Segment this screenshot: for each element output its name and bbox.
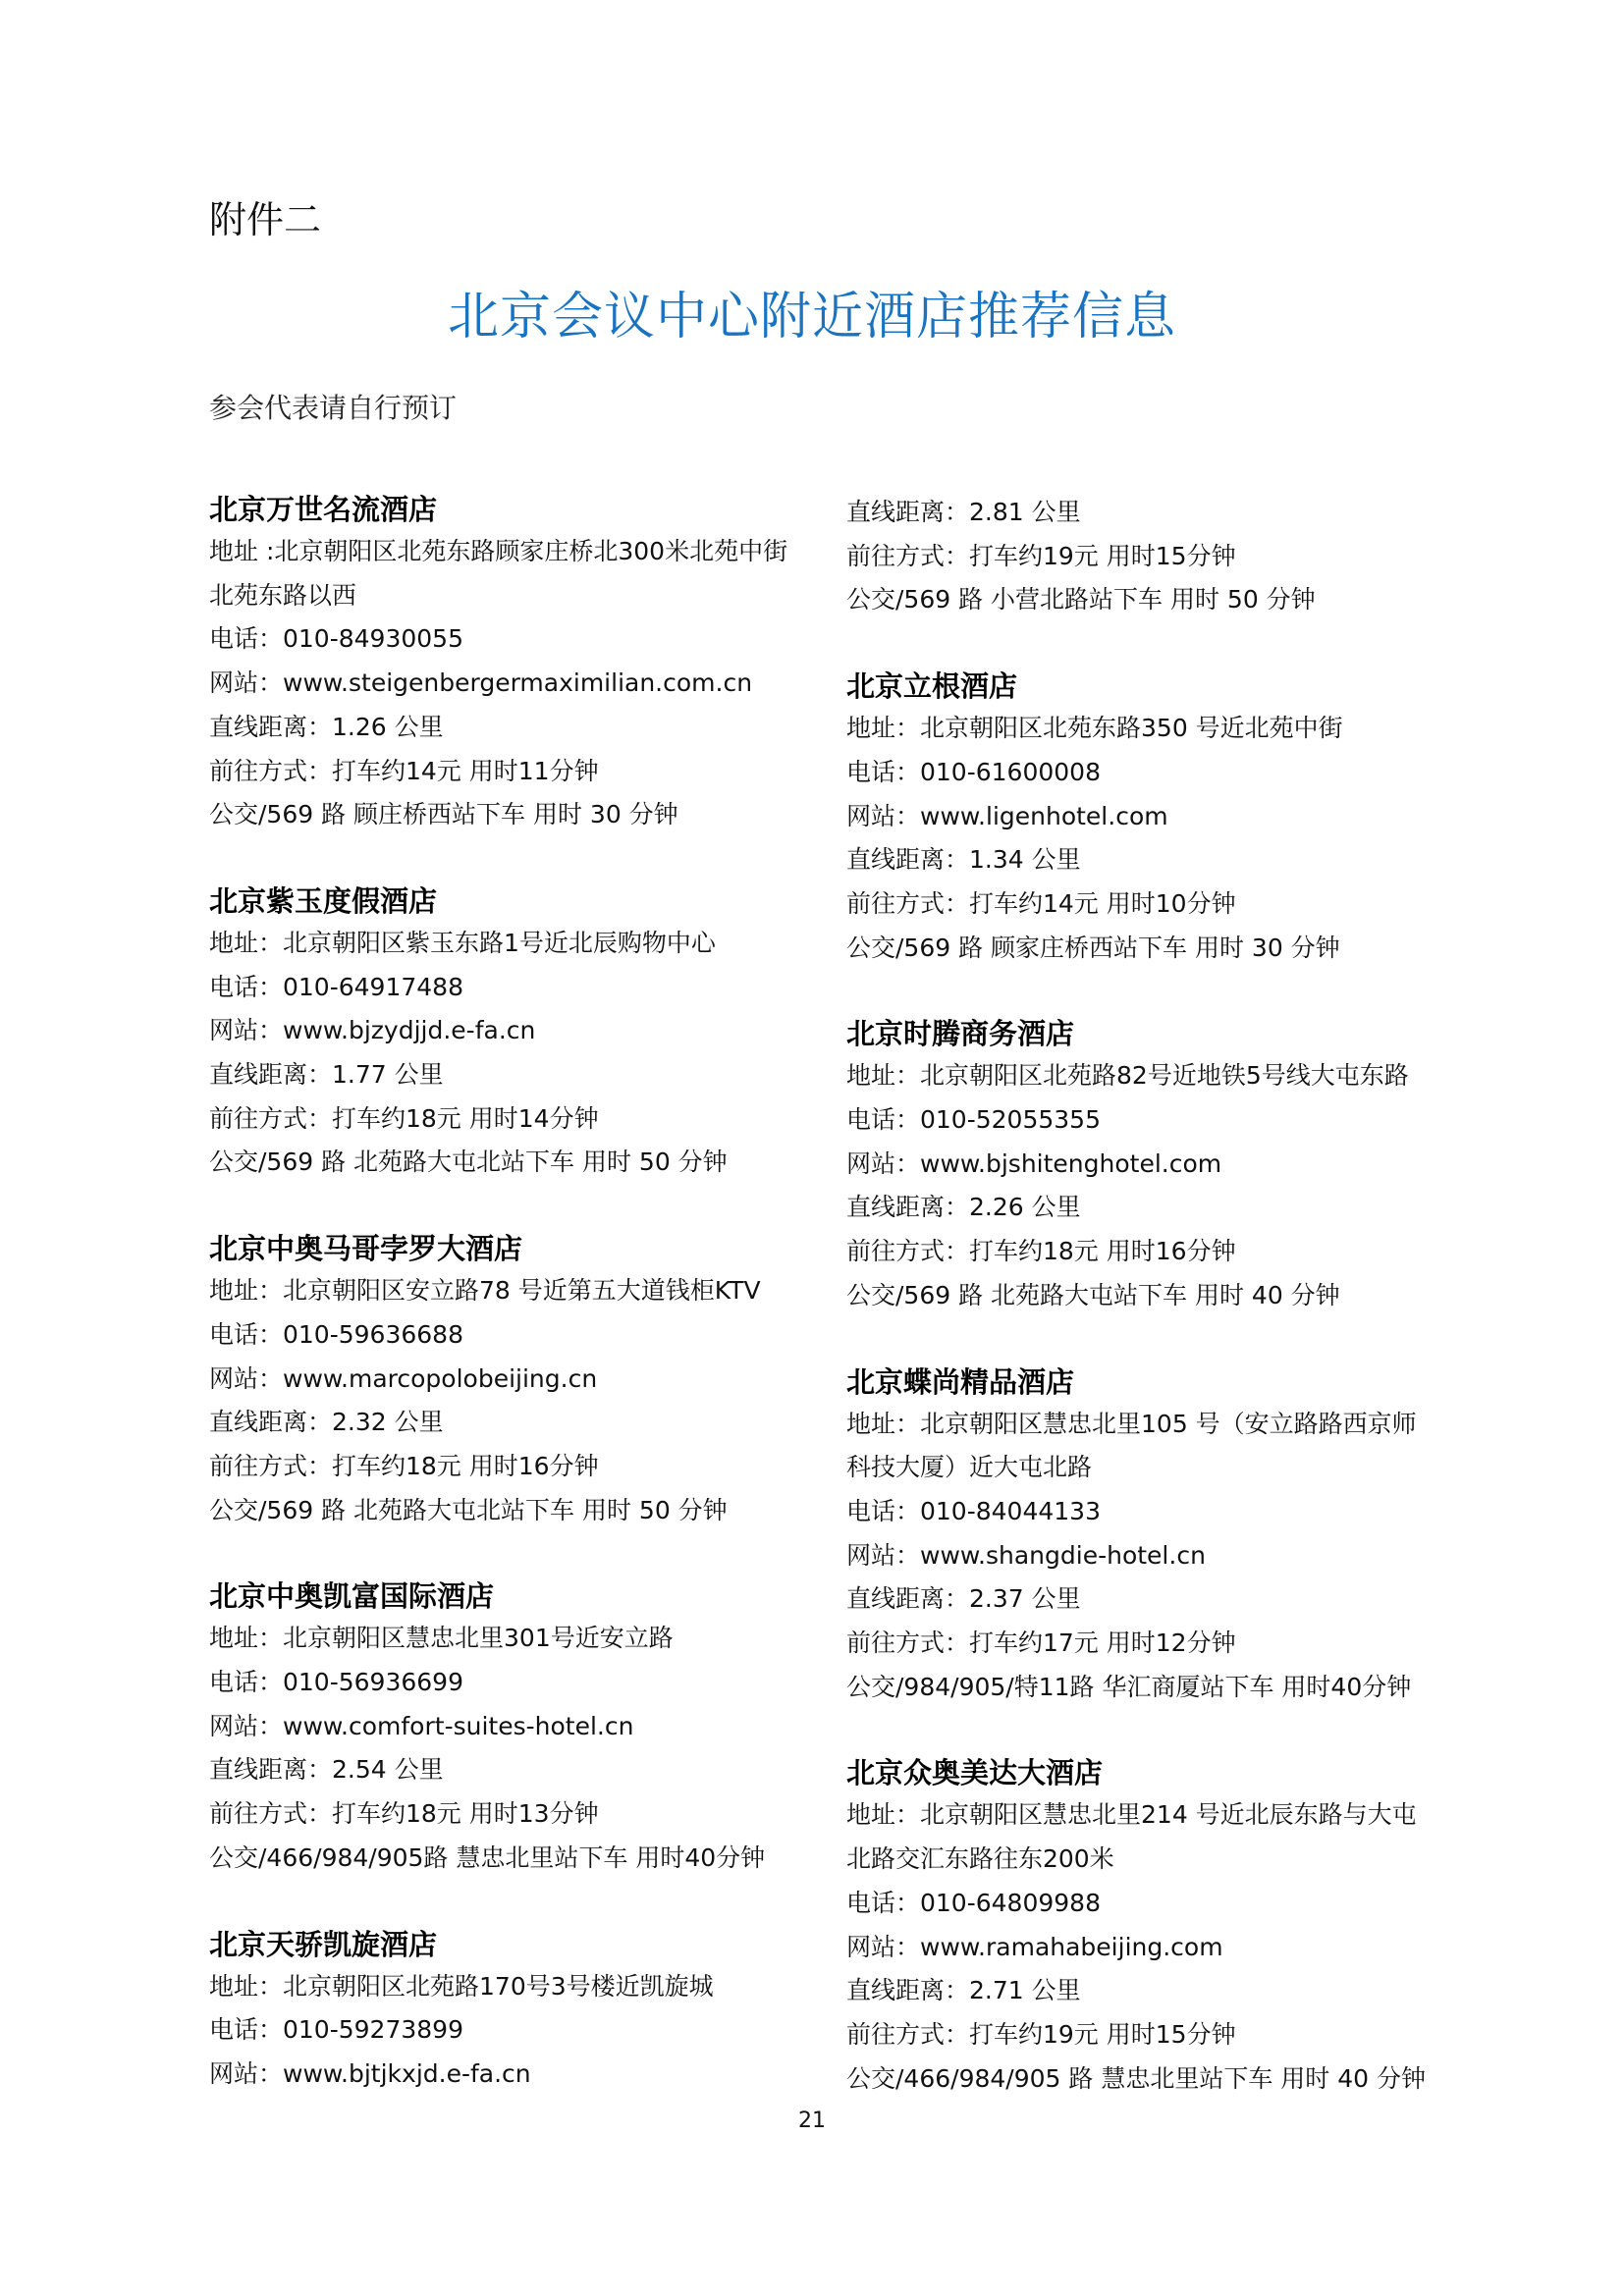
hotel-entry: 北京蝶尚精品酒店地址：北京朝阳区慧忠北里105 号（安立路路西京师科技大厦）近大… (846, 1362, 1455, 1710)
hotel-name: 北京中奥马哥孛罗大酒店 (209, 1228, 818, 1269)
hotel-info-line: 电话：010-64809988 (846, 1882, 1455, 1926)
hotel-info-line: 前往方式：打车约18元 用时16分钟 (209, 1445, 818, 1489)
hotel-entry: 北京万世名流酒店地址 :北京朝阳区北苑东路顾家庄桥北300米北苑中街北苑东路以西… (209, 489, 818, 837)
hotel-info-line: 网站：www.ligenhotel.com (846, 795, 1455, 839)
hotel-info-line: 公交/984/905/特11路 华汇商厦站下车 用时40分钟 (846, 1666, 1455, 1710)
hotel-info-line: 直线距离：2.37 公里 (846, 1577, 1455, 1622)
hotel-info-line: 电话：010-52055355 (846, 1098, 1455, 1143)
hotel-entry: 北京紫玉度假酒店地址：北京朝阳区紫玉东路1号近北辰购物中心电话：010-6491… (209, 881, 818, 1185)
hotel-info-line: 电话：010-84044133 (846, 1490, 1455, 1534)
hotel-info-line: 网站：www.bjzydjjd.e-fa.cn (209, 1009, 818, 1053)
hotel-info-line: 公交/569 路 小营北路站下车 用时 50 分钟 (846, 578, 1455, 622)
right-column: 直线距离：2.81 公里前往方式：打车约19元 用时15分钟公交/569 路 小… (846, 491, 1455, 2144)
hotel-info-line: 公交/466/984/905 路 慧忠北里站下车 用时 40 分钟 (846, 2057, 1455, 2102)
hotel-info-line: 直线距离：2.71 公里 (846, 1969, 1455, 2013)
hotel-info-line: 电话：010-59636688 (209, 1313, 818, 1358)
hotel-info-line: 公交/466/984/905路 慧忠北里站下车 用时40分钟 (209, 1837, 818, 1881)
hotel-name: 北京时腾商务酒店 (846, 1013, 1455, 1054)
hotel-name: 北京紫玉度假酒店 (209, 881, 818, 922)
hotel-info-line: 前往方式：打车约17元 用时12分钟 (846, 1622, 1455, 1666)
hotel-name: 北京中奥凯富国际酒店 (209, 1575, 818, 1617)
hotel-info-line: 网站：www.ramahabeijing.com (846, 1926, 1455, 1970)
hotel-entry: 北京众奥美达大酒店地址：北京朝阳区慧忠北里214 号近北辰东路与大屯北路交汇东路… (846, 1752, 1455, 2101)
hotel-info-line: 北苑东路以西 (209, 574, 818, 618)
hotel-info-line: 电话：010-61600008 (846, 751, 1455, 795)
hotel-info-line: 前往方式：打车约18元 用时14分钟 (209, 1097, 818, 1142)
hotel-info-line: 地址：北京朝阳区慧忠北里214 号近北辰东路与大屯 (846, 1793, 1455, 1838)
hotel-info-line: 电话：010-84930055 (209, 617, 818, 662)
hotel-info-line: 直线距离：1.26 公里 (209, 706, 818, 750)
hotel-info-line: 前往方式：打车约18元 用时13分钟 (209, 1792, 818, 1837)
hotel-name: 北京蝶尚精品酒店 (846, 1362, 1455, 1403)
hotel-info-line: 公交/569 路 顾庄桥西站下车 用时 30 分钟 (209, 793, 818, 837)
hotel-entry: 北京中奥马哥孛罗大酒店地址：北京朝阳区安立路78 号近第五大道钱柜KTV电话：0… (209, 1228, 818, 1532)
hotel-info-line: 前往方式：打车约14元 用时10分钟 (846, 882, 1455, 927)
hotel-info-line: 地址：北京朝阳区紫玉东路1号近北辰购物中心 (209, 922, 818, 966)
hotel-info-line: 前往方式：打车约18元 用时16分钟 (846, 1230, 1455, 1274)
hotel-info-line: 直线距离：2.81 公里 (846, 491, 1455, 535)
hotel-info-line: 公交/569 路 北苑路大屯站下车 用时 40 分钟 (846, 1274, 1455, 1318)
hotel-entry: 北京时腾商务酒店地址：北京朝阳区北苑路82号近地铁5号线大屯东路电话：010-5… (846, 1013, 1455, 1317)
page-title: 北京会议中心附近酒店推荐信息 (0, 285, 1624, 349)
hotel-info-line: 直线距离：1.34 公里 (846, 838, 1455, 882)
hotel-entry: 直线距离：2.81 公里前往方式：打车约19元 用时15分钟公交/569 路 小… (846, 491, 1455, 622)
hotel-info-line: 公交/569 路 北苑路大屯北站下车 用时 50 分钟 (209, 1489, 818, 1533)
hotel-info-line: 直线距离：2.54 公里 (209, 1748, 818, 1792)
hotel-name: 北京万世名流酒店 (209, 489, 818, 530)
hotel-info-line: 直线距离：2.26 公里 (846, 1186, 1455, 1230)
hotel-info-line: 网站：www.shangdie-hotel.cn (846, 1534, 1455, 1578)
hotel-info-line: 网站：www.bjshitenghotel.com (846, 1143, 1455, 1187)
hotel-info-line: 科技大厦）近大屯北路 (846, 1446, 1455, 1490)
hotel-info-line: 地址：北京朝阳区慧忠北里301号近安立路 (209, 1617, 818, 1661)
hotel-entry: 北京天骄凯旋酒店地址：北京朝阳区北苑路170号3号楼近凯旋城电话：010-592… (209, 1924, 818, 2097)
hotel-info-line: 网站：www.bjtjkxjd.e-fa.cn (209, 2053, 818, 2097)
hotel-info-line: 地址：北京朝阳区北苑路170号3号楼近凯旋城 (209, 1965, 818, 2009)
hotel-info-line: 北路交汇东路往东200米 (846, 1838, 1455, 1882)
hotel-name: 北京立根酒店 (846, 666, 1455, 707)
hotel-name: 北京众奥美达大酒店 (846, 1752, 1455, 1793)
hotel-info-line: 电话：010-64917488 (209, 966, 818, 1010)
page-number: 21 (0, 2109, 1624, 2133)
hotel-info-line: 地址：北京朝阳区安立路78 号近第五大道钱柜KTV (209, 1269, 818, 1313)
hotel-info-line: 地址：北京朝阳区北苑路82号近地铁5号线大屯东路 (846, 1054, 1455, 1098)
hotel-info-line: 直线距离：2.32 公里 (209, 1401, 818, 1445)
hotel-info-line: 地址：北京朝阳区慧忠北里105 号（安立路路西京师 (846, 1403, 1455, 1447)
subtitle: 参会代表请自行预订 (209, 391, 457, 426)
hotel-info-line: 公交/569 路 顾家庄桥西站下车 用时 30 分钟 (846, 927, 1455, 971)
hotel-info-line: 前往方式：打车约19元 用时15分钟 (846, 535, 1455, 579)
hotel-info-line: 前往方式：打车约14元 用时11分钟 (209, 750, 818, 794)
hotel-info-line: 地址：北京朝阳区北苑东路350 号近北苑中街 (846, 707, 1455, 751)
hotel-info-line: 网站：www.comfort-suites-hotel.cn (209, 1705, 818, 1749)
hotel-entry: 北京中奥凯富国际酒店地址：北京朝阳区慧忠北里301号近安立路电话：010-569… (209, 1575, 818, 1880)
hotel-info-line: 网站：www.steigenbergermaximilian.com.cn (209, 662, 818, 706)
left-column: 北京万世名流酒店地址 :北京朝阳区北苑东路顾家庄桥北300米北苑中街北苑东路以西… (209, 489, 818, 2140)
hotel-info-line: 前往方式：打车约19元 用时15分钟 (846, 2013, 1455, 2057)
hotel-entry: 北京立根酒店地址：北京朝阳区北苑东路350 号近北苑中街电话：010-61600… (846, 666, 1455, 970)
annex-label: 附件二 (209, 196, 321, 243)
hotel-info-line: 直线距离：1.77 公里 (209, 1053, 818, 1097)
hotel-info-line: 公交/569 路 北苑路大屯北站下车 用时 50 分钟 (209, 1141, 818, 1185)
hotel-info-line: 电话：010-56936699 (209, 1661, 818, 1705)
hotel-info-line: 地址 :北京朝阳区北苑东路顾家庄桥北300米北苑中街 (209, 530, 818, 574)
hotel-name: 北京天骄凯旋酒店 (209, 1924, 818, 1965)
hotel-info-line: 网站：www.marcopolobeijing.cn (209, 1358, 818, 1402)
hotel-info-line: 电话：010-59273899 (209, 2008, 818, 2053)
